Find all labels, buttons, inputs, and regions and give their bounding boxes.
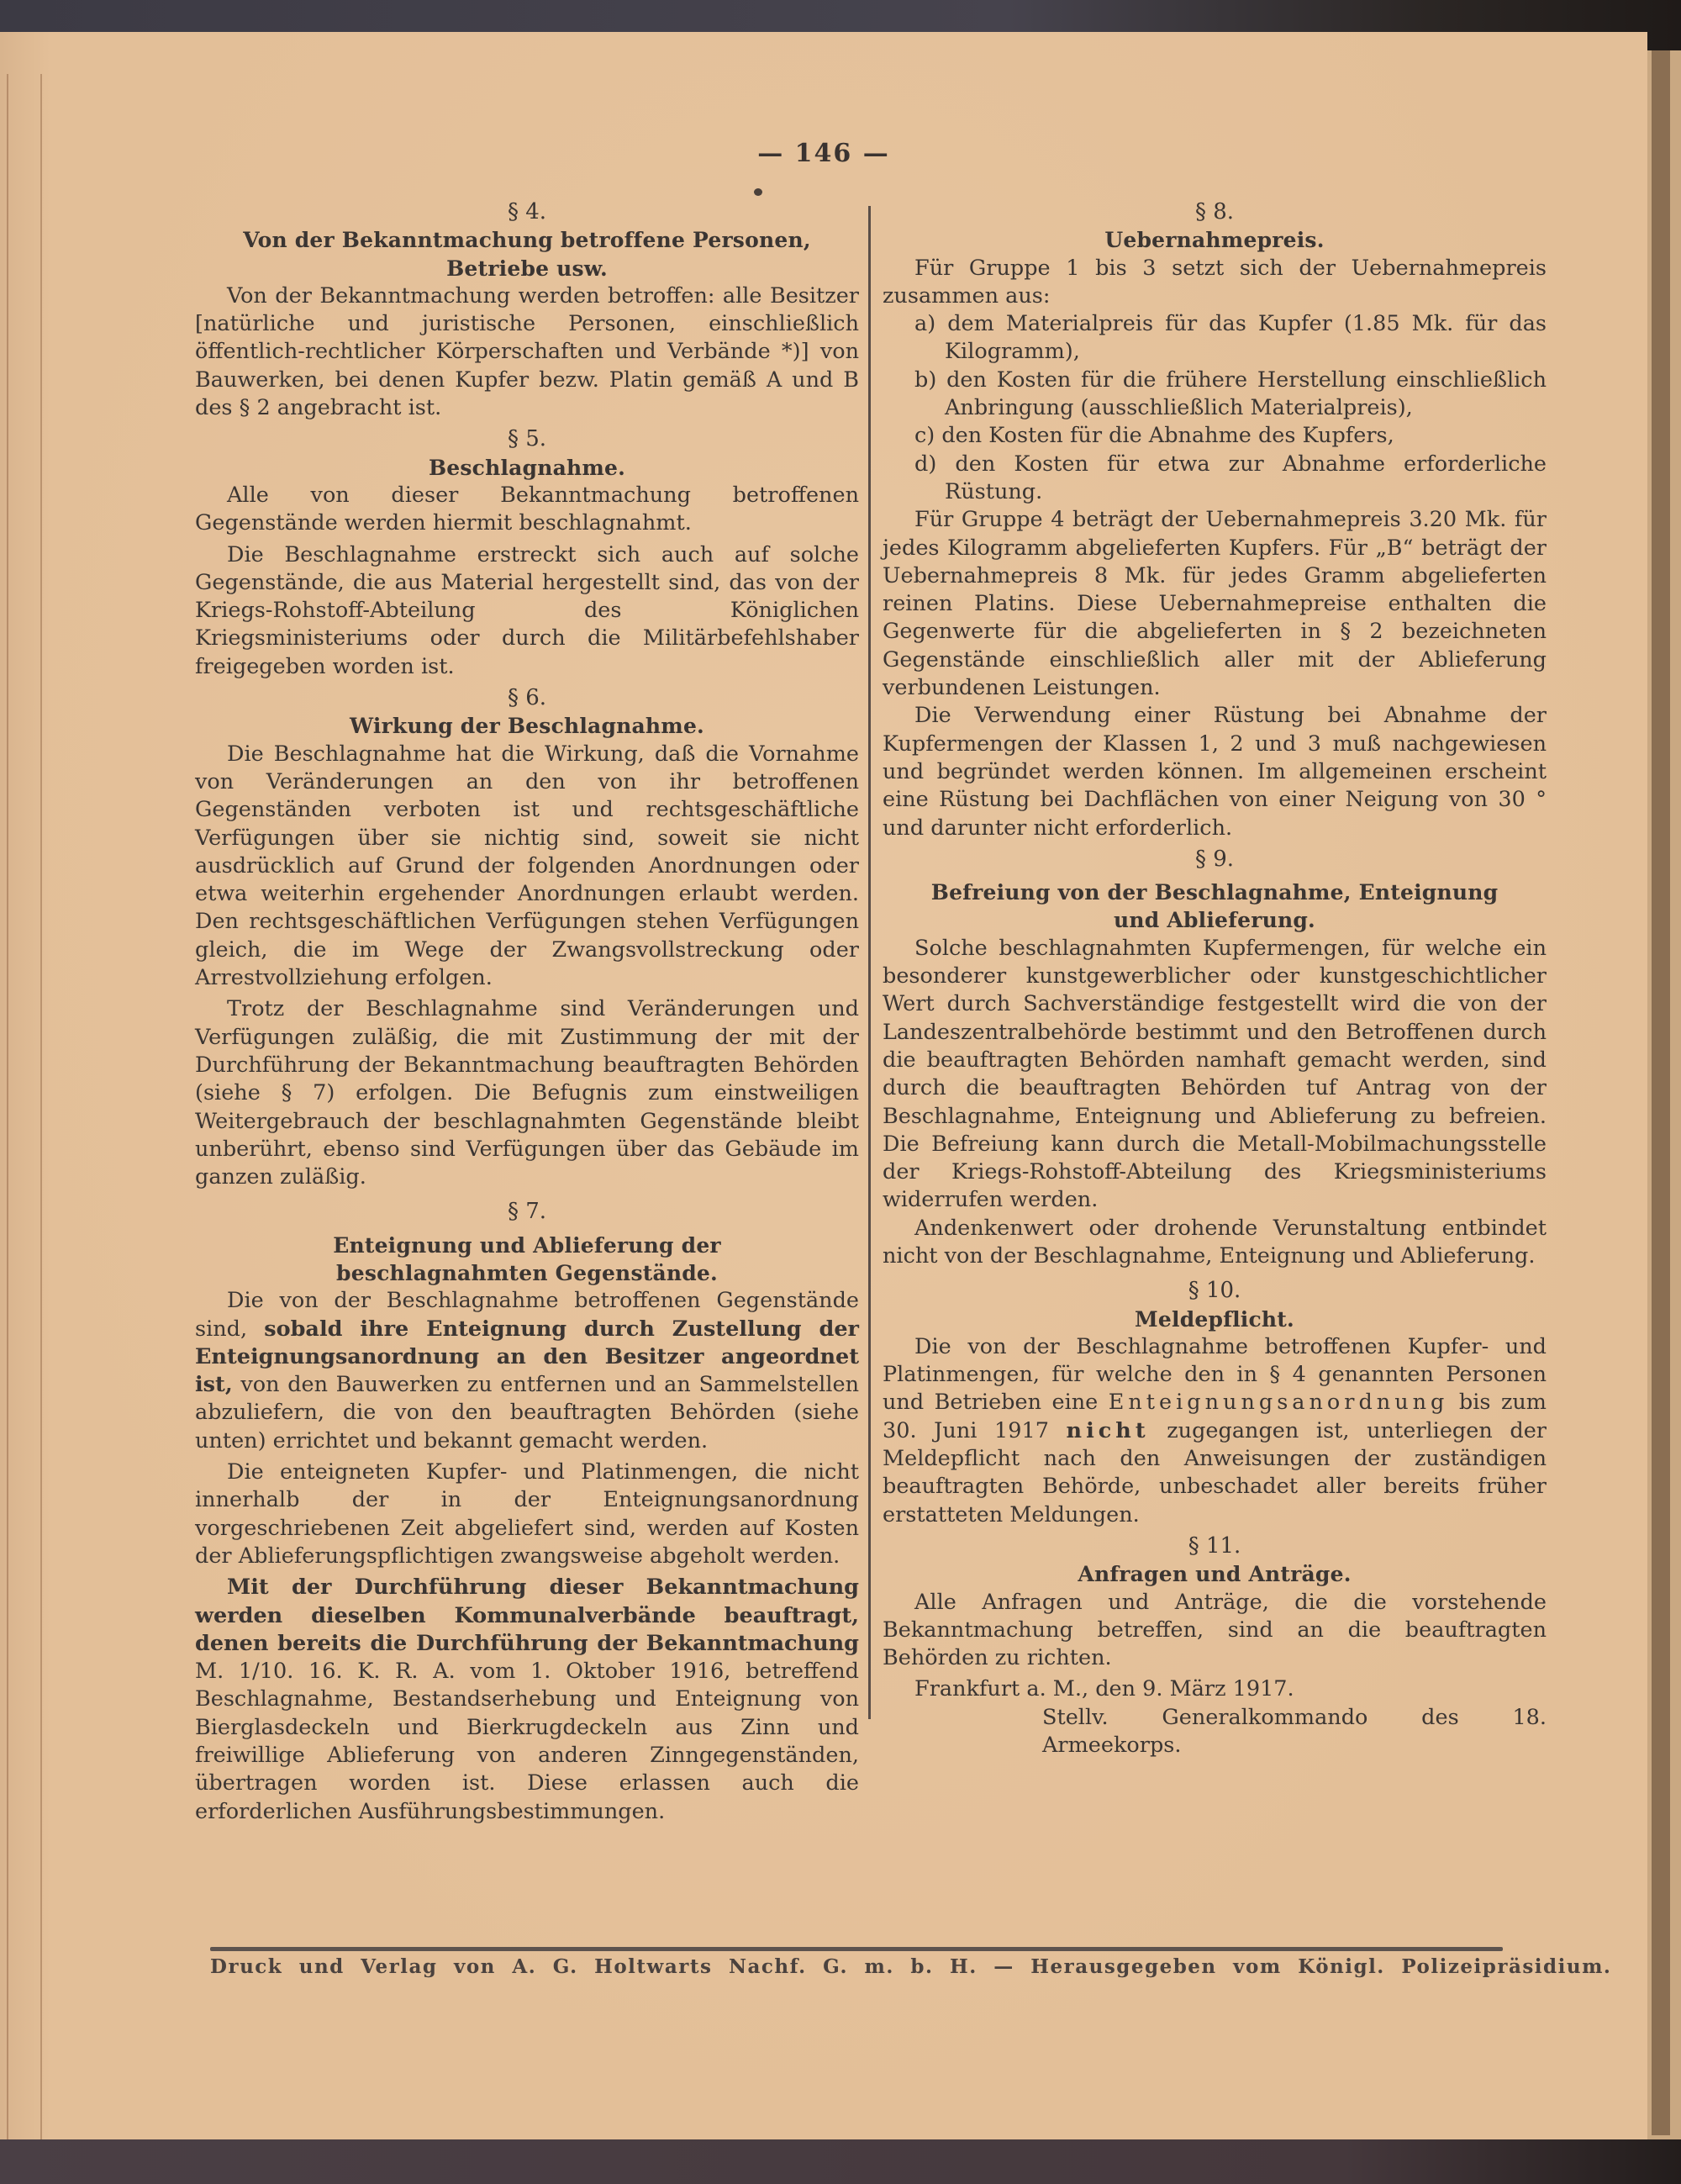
section-7-number: § 7. <box>195 1198 859 1226</box>
list-item: b) den Kosten für die frühere Herstellun… <box>883 367 1547 423</box>
section-8-intro: Für Gruppe 1 bis 3 setzt sich der Uebern… <box>883 255 1547 311</box>
section-10-title: Meldepflicht. <box>883 1306 1547 1333</box>
section-5-paragraph: Alle von dieser Bekanntmachung betroffen… <box>195 482 859 538</box>
section-5-paragraph: Die Beschlagnahme erstreckt sich auch au… <box>195 541 859 681</box>
ink-dot <box>754 188 762 196</box>
page-shadow <box>1652 50 1670 2135</box>
section-8-paragraph: Die Verwendung einer Rüstung bei Abnahme… <box>883 702 1547 841</box>
section-6-title: Wirkung der Beschlagnahme. <box>195 712 859 740</box>
signature-authority: Stellv. Generalkommando des 18. Armeekor… <box>883 1704 1547 1760</box>
list-item: d) den Kosten für etwa zur Abnahme erfor… <box>883 451 1547 507</box>
footer-rule <box>210 1947 1503 1951</box>
section-11-number: § 11. <box>883 1532 1547 1560</box>
section-4-number: § 4. <box>195 198 859 226</box>
section-7-paragraph: Mit der Durchführung dieser Bekanntmachu… <box>195 1574 859 1826</box>
page-number: — 146 — <box>0 139 1647 168</box>
section-7-title: Enteignung und Ablieferung der beschlagn… <box>195 1232 859 1288</box>
left-column: § 4. Von der Bekanntmachung betroffene P… <box>195 198 859 1826</box>
book-cover-bottom <box>0 2139 1681 2184</box>
list-item: c) den Kosten für die Abnahme des Kupfer… <box>883 422 1547 450</box>
section-7-paragraph: Die enteigneten Kupfer- und Platinmengen… <box>195 1459 859 1570</box>
section-9-number: § 9. <box>883 846 1547 873</box>
section-7-paragraph: Die von der Beschlagnahme betroffenen Ge… <box>195 1287 859 1455</box>
printer-imprint: Druck und Verlag von A. G. Holtwarts Nac… <box>210 1955 1503 1978</box>
section-4-title: Von der Bekanntmachung betroffene Person… <box>195 226 859 282</box>
section-9-paragraph: Solche beschlagnahmten Kupfermengen, für… <box>883 935 1547 1215</box>
section-8-title: Uebernahmepreis. <box>883 226 1547 254</box>
section-8-paragraph: Für Gruppe 4 beträgt der Uebernahmepreis… <box>883 506 1547 702</box>
list-item: a) dem Materialpreis für das Kupfer (1.8… <box>883 310 1547 367</box>
binding-line <box>7 74 8 2140</box>
section-9-paragraph: Andenkenwert oder drohende Verunstaltung… <box>883 1215 1547 1271</box>
section-11-paragraph: Alle Anfragen und Anträge, die die vorst… <box>883 1589 1547 1673</box>
section-6-number: § 6. <box>195 684 859 712</box>
column-divider <box>868 206 871 1719</box>
right-column: § 8. Uebernahmepreis. Für Gruppe 1 bis 3… <box>883 198 1547 1759</box>
section-11-title: Anfragen und Anträge. <box>883 1560 1547 1588</box>
section-4-paragraph: Von der Bekanntmachung werden betroffen:… <box>195 282 859 422</box>
section-10-paragraph: Die von der Beschlagnahme betroffenen Ku… <box>883 1333 1547 1529</box>
binding-line <box>40 74 42 2140</box>
section-8-number: § 8. <box>883 198 1547 226</box>
section-6-paragraph: Trotz der Beschlagnahme sind Veränderung… <box>195 995 859 1191</box>
section-6-paragraph: Die Beschlagnahme hat die Wirkung, daß d… <box>195 741 859 993</box>
section-10-number: § 10. <box>883 1277 1547 1305</box>
section-5-number: § 5. <box>195 425 859 453</box>
signature-place-date: Frankfurt a. M., den 9. März 1917. <box>883 1675 1547 1703</box>
section-5-title: Beschlagnahme. <box>195 454 859 482</box>
section-9-title: Befreiung von der Beschlagnahme, Enteign… <box>883 878 1547 935</box>
